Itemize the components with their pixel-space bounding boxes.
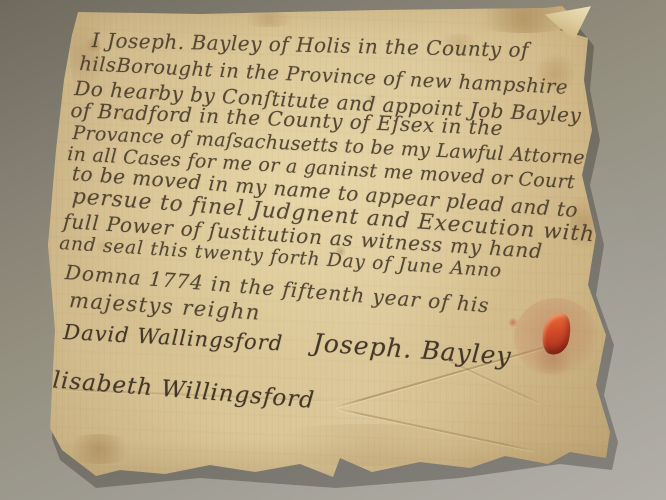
manuscript-paper: I Joseph. Bayley of Holis in the County …: [0, 0, 666, 500]
paper-vignette: [0, 0, 666, 500]
photograph: I Joseph. Bayley of Holis in the County …: [0, 0, 666, 500]
